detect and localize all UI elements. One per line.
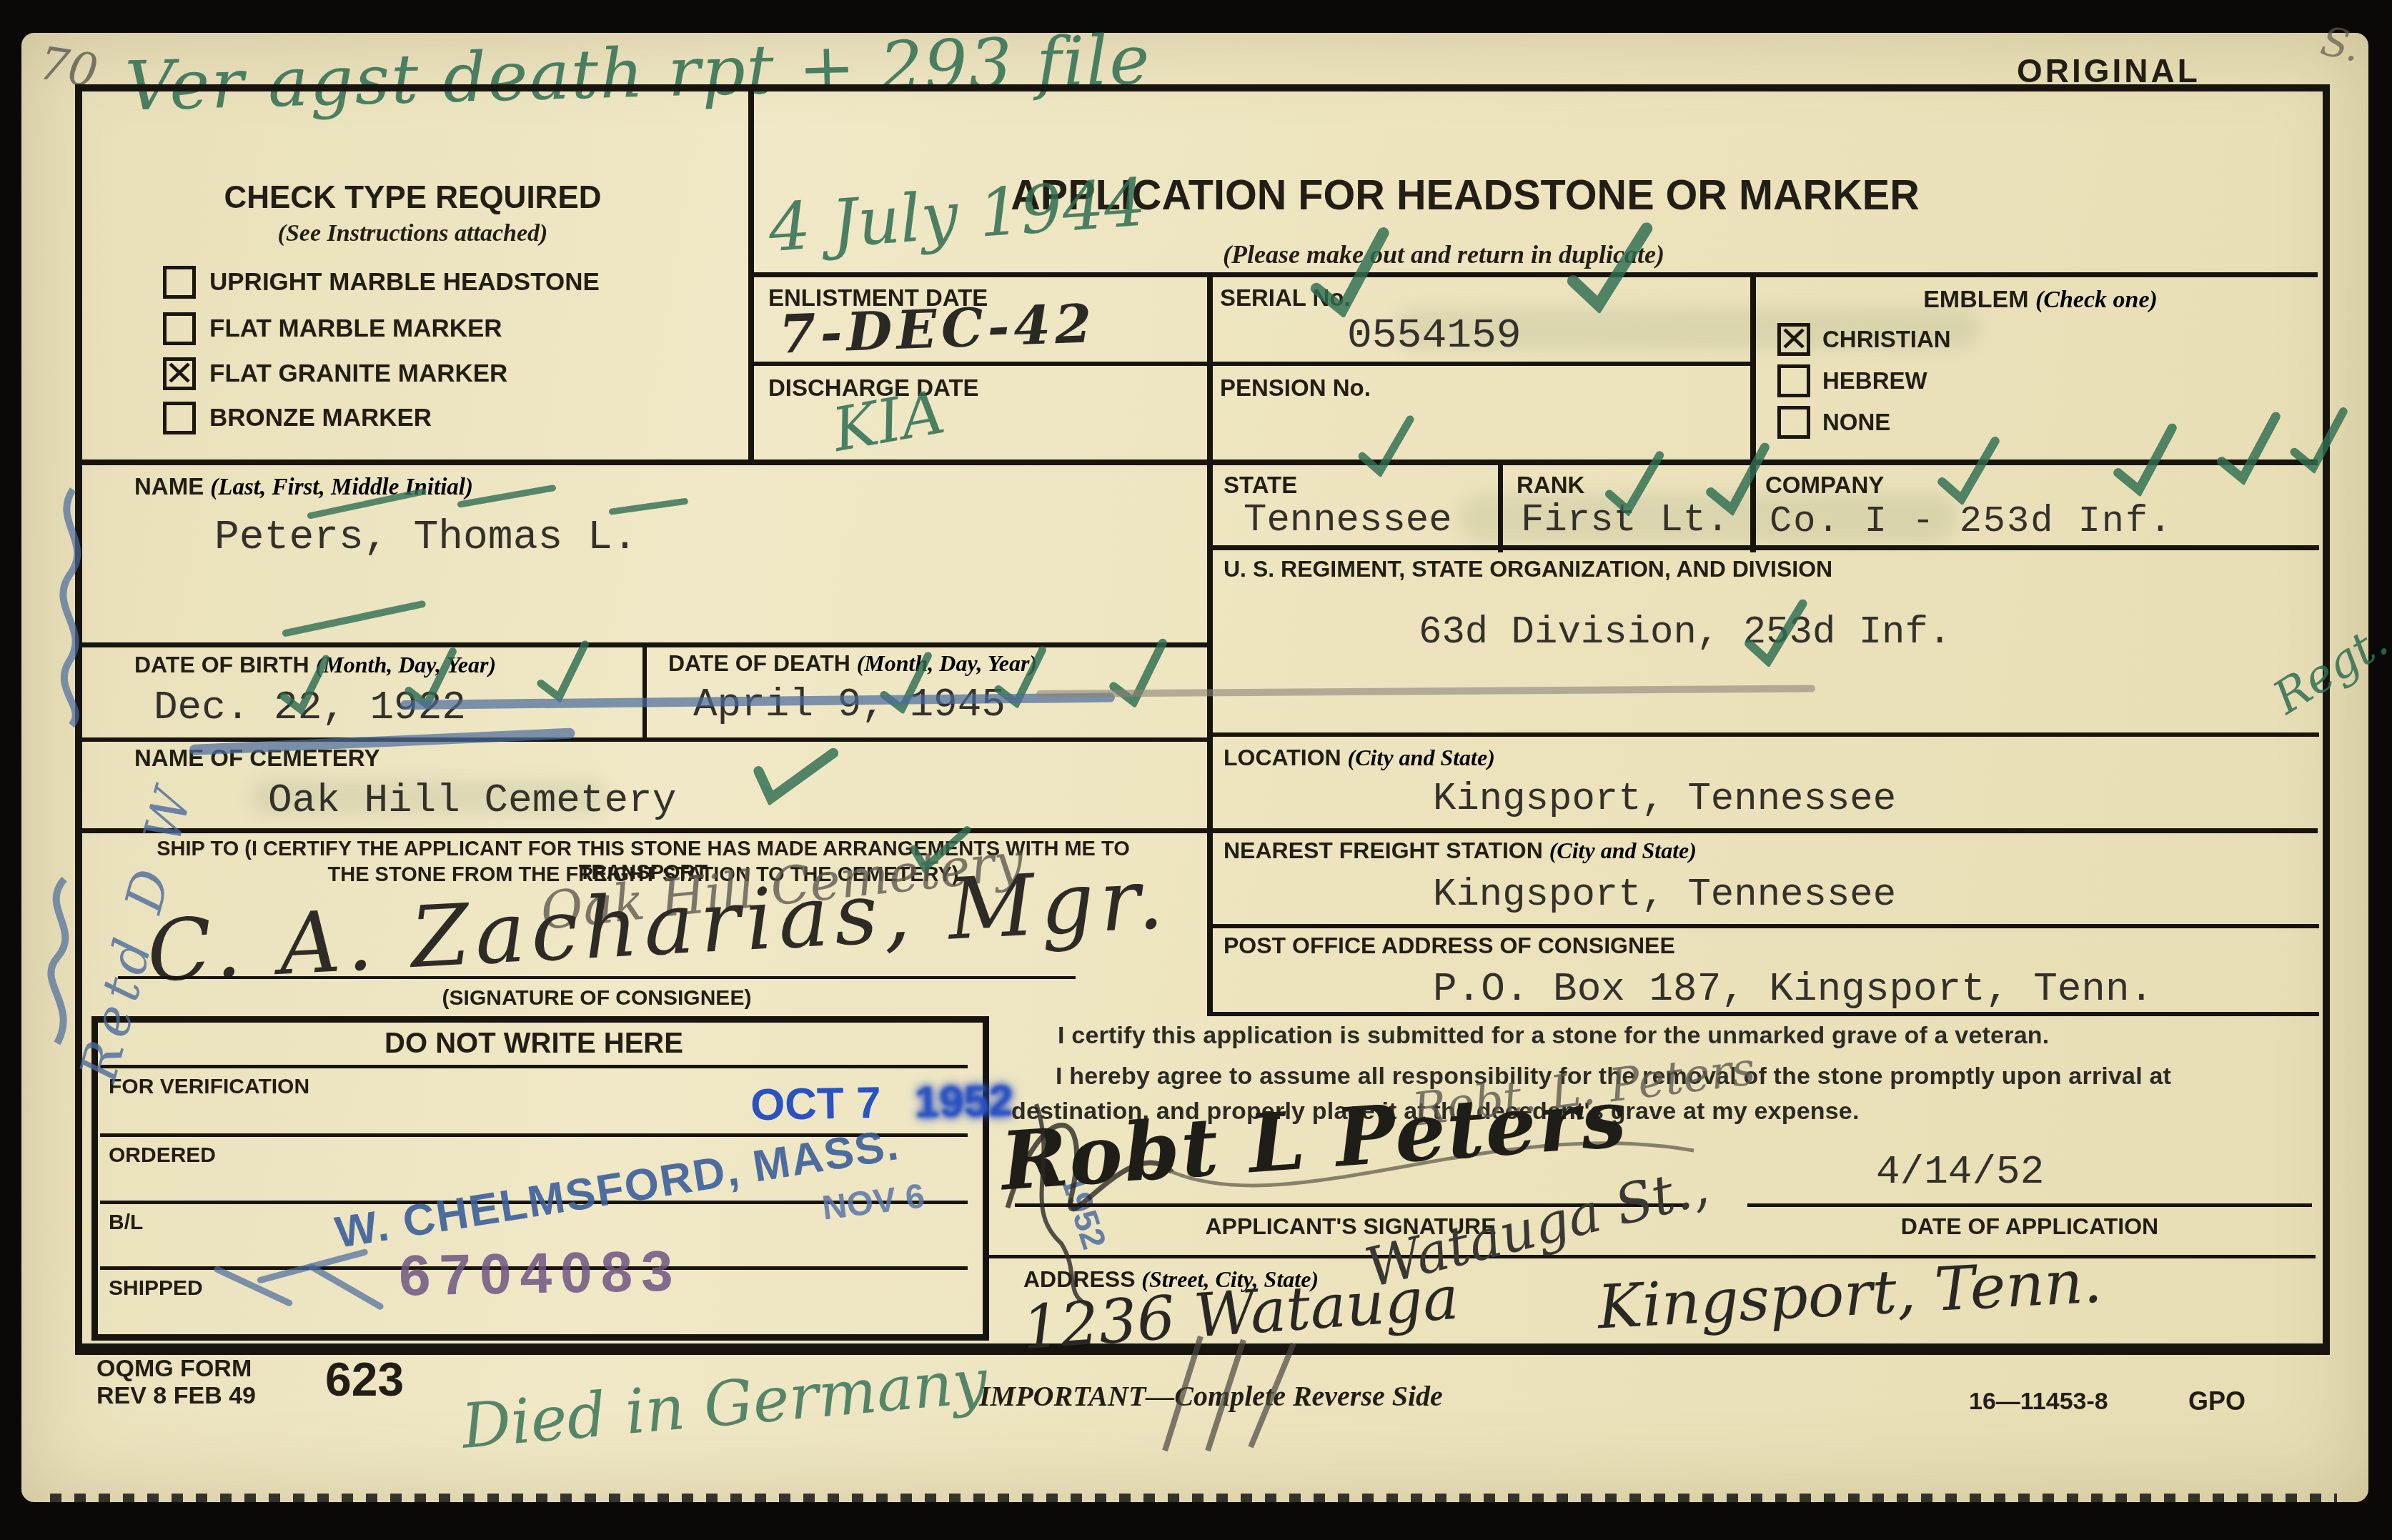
location-label-paren: (City and State) [1348,745,1495,770]
cemetery-value: Oak Hill Cemetery [268,778,676,823]
date-of-application-label: DATE OF APPLICATION [1747,1213,2312,1240]
form-id-line2: REV 8 FEB 49 [96,1382,256,1410]
divider [983,1255,2316,1258]
checkbox-label: BRONZE MARKER [209,404,432,432]
checkbox-flat-marble-marker [163,312,196,345]
checkbox-hebrew [1777,364,1810,397]
consignee-signature-caption: (SIGNATURE OF CONSIGNEE) [118,986,1076,1010]
divider [753,272,2318,277]
print-code: 16—11453-8 [1969,1388,2108,1416]
divider [75,737,1213,742]
company-value: Co. I - 253d Inf. [1770,500,2173,542]
stamp-day: OCT 7 [750,1078,881,1130]
bl-number-stamp: 6704083 [398,1238,682,1309]
pension-no-label: PENSION No. [1220,374,1371,402]
location-value: Kingsport, Tennessee [1433,778,1896,821]
rank-label: RANK [1517,472,1584,499]
divider [75,828,2318,833]
certification-para1: I certify this application is submitted … [1058,1022,2230,1050]
freight-label-paren: (City and State) [1549,838,1697,863]
divider [1210,362,1753,366]
gpo-label: GPO [2188,1386,2245,1416]
freight-label-row: NEAREST FREIGHT STATION (City and State) [1224,838,1697,864]
green-check-mark [1299,227,1402,322]
signature-line [118,976,1076,979]
divider [642,647,647,742]
green-check-mark [2282,407,2358,477]
state-value: Tennessee [1244,499,1452,542]
name-value: Peters, Thomas L. [214,515,637,561]
check-type-subheading: (See Instructions attached) [75,220,750,247]
checkbox-label: FLAT MARBLE MARKER [209,314,502,343]
scanned-document-page: 70 Ver agst death rpt + 293 file ORIGINA… [0,0,2392,1540]
green-check-mark [528,640,600,706]
name-label-row: NAME (Last, First, Middle Initial) [134,473,473,501]
do-not-write-heading: DO NOT WRITE HERE [91,1028,976,1060]
state-label: STATE [1224,472,1297,499]
checkbox-label: NONE [1822,409,1890,436]
form-number: 623 [325,1352,404,1406]
location-label: LOCATION [1224,745,1341,770]
serial-no-value: 0554159 [1347,313,1522,359]
checkbox-none [1777,406,1810,439]
dod-label-row: DATE OF DEATH (Month, Day, Year) [668,650,1037,677]
regiment-value: 63d Division, 253d Inf. [1419,611,1951,655]
pen-scribble [993,1101,1151,1308]
green-check-mark [2104,422,2188,500]
checkbox-bronze-marker [163,402,196,434]
dod-label: DATE OF DEATH [668,650,850,676]
checkbox-christian [1777,323,1810,356]
divider [1210,924,2319,928]
pencil-scribble [1143,1329,1329,1458]
green-check-mark [2208,411,2291,488]
date-of-application-value: 4/14/52 [1876,1149,2044,1195]
green-check-mark [1598,450,1672,518]
green-check-mark [871,651,943,717]
enlistment-date-value: 7-DEC-42 [778,293,1097,365]
freight-label: NEAREST FREIGHT STATION [1224,838,1543,863]
divider [1210,732,2319,737]
date-line [1747,1203,2312,1207]
perforated-edge [50,1494,2337,1505]
green-check-mark [1351,415,1421,480]
checkbox-flat-granite-marker [163,357,196,390]
green-check-mark [271,654,340,718]
location-label-row: LOCATION (City and State) [1224,745,1495,771]
form-id-line1: OQMG FORM [96,1355,252,1383]
company-label: COMPANY [1765,472,1884,499]
name-label-paren: (Last, First, Middle Initial) [210,475,473,500]
bl-label: B/L [109,1211,143,1235]
blue-scribble [29,875,93,1047]
divider [100,1065,968,1068]
checkbox-label: HEBREW [1822,367,1927,394]
po-address-label: POST OFFICE ADDRESS OF CONSIGNEE [1224,933,1675,959]
freight-value: Kingsport, Tennessee [1433,873,1896,917]
checkbox-upright-marble-headstone [163,266,196,299]
checkbox-label: UPRIGHT MARBLE HEADSTONE [209,268,600,297]
divider [1210,1012,2319,1016]
checkbox-label: CHRISTIAN [1822,326,1951,353]
divider [1210,545,2319,550]
shipped-label: SHIPPED [109,1276,203,1301]
checkbox-label: FLAT GRANITE MARKER [209,359,507,388]
for-verification-label: FOR VERIFICATION [109,1075,309,1099]
emblem-heading: EMBLEM (Check one) [1765,286,2316,314]
regiment-label: U. S. REGIMENT, STATE ORGANIZATION, AND … [1224,556,1832,582]
name-label: NAME [134,473,204,500]
green-check-mark [1697,442,1780,519]
emblem-label: EMBLEM [1923,286,2028,313]
check-type-heading: CHECK TYPE REQUIRED [75,180,750,216]
blue-scribble [44,486,101,729]
green-check-mark [1930,436,2008,507]
emblem-label-paren: (Check one) [2035,287,2158,313]
ordered-label: ORDERED [109,1143,216,1168]
green-check-mark [1559,222,1661,315]
green-check-mark [1737,599,1814,669]
divider [1498,462,1503,552]
po-address-value: P.O. Box 187, Kingsport, Tenn. [1433,966,2153,1012]
